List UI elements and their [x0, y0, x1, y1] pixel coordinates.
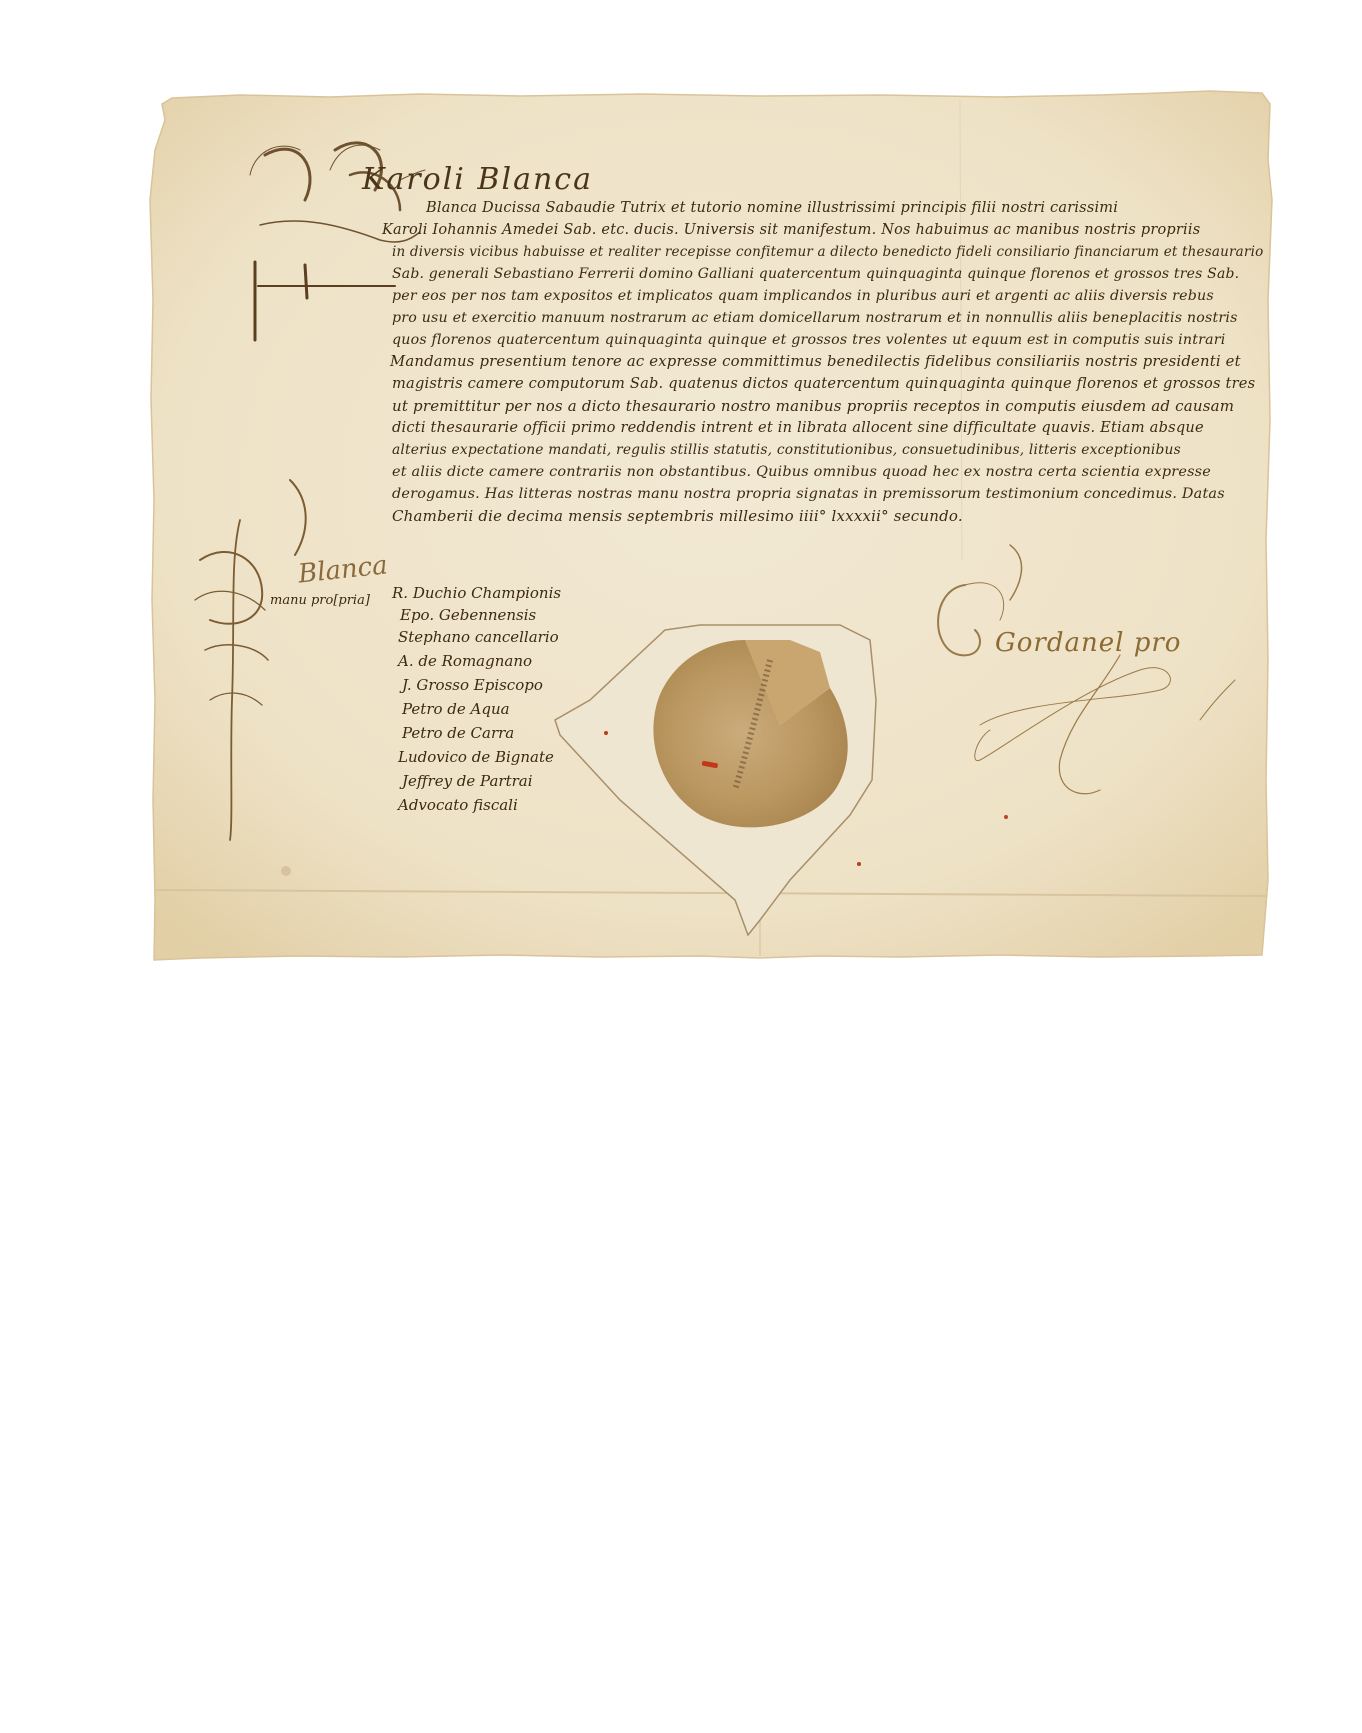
body-line-15: Chamberii die decima mensis septembris m… — [392, 506, 963, 526]
body-line-4: Sab. generali Sebastiano Ferrerii domino… — [392, 264, 1239, 284]
signature-left-subscript: manu pro[pria] — [270, 593, 370, 608]
body-line-6: pro usu et exercitio manuum nostrarum ac… — [392, 308, 1238, 328]
document-stage: Karoli Blanca Blanca Ducissa Sabaudie Tu… — [0, 0, 1362, 1733]
body-line-8: Mandamus presentium tenore ac expresse c… — [390, 352, 1241, 372]
body-line-7: quos florenos quatercentum quinquaginta … — [392, 330, 1226, 350]
witness-2: Epo. Gebennensis — [400, 606, 536, 624]
incipit-heading: Karoli Blanca — [362, 162, 593, 197]
witness-7: Petro de Carra — [402, 724, 514, 742]
body-line-12: alterius expectatione mandati, regulis s… — [392, 440, 1181, 460]
body-line-1: Blanca Ducissa Sabaudie Tutrix et tutori… — [426, 198, 1118, 218]
witness-3: Stephano cancellario — [398, 628, 559, 646]
witness-10: Advocato fiscali — [398, 796, 518, 814]
body-line-14: derogamus. Has litteras nostras manu nos… — [392, 484, 1225, 504]
signature-right-suffix: pro — [1134, 628, 1182, 658]
witness-4: A. de Romagnano — [398, 652, 532, 670]
signature-right-name: Gordanel — [995, 628, 1124, 658]
body-line-5: per eos per nos tam expositos et implica… — [392, 286, 1214, 306]
witness-5: J. Grosso Episcopo — [402, 676, 543, 694]
body-line-2: Karoli Iohannis Amedei Sab. etc. ducis. … — [382, 220, 1200, 240]
witness-9: Jeffrey de Partrai — [402, 772, 533, 790]
witness-8: Ludovico de Bignate — [398, 748, 554, 766]
body-line-11: dicti thesaurarie officii primo reddendi… — [392, 418, 1204, 438]
witness-1: R. Duchio Championis — [392, 584, 561, 602]
witness-6: Petro de Aqua — [402, 700, 510, 718]
body-line-13: et aliis dicte camere contrariis non obs… — [392, 462, 1211, 482]
body-line-3: in diversis vicibus habuisse et realiter… — [392, 242, 1263, 262]
body-line-9: magistris camere computorum Sab. quatenu… — [392, 374, 1255, 394]
signature-right: Gordanel pro — [995, 628, 1181, 658]
body-line-10: ut premittitur per nos a dicto thesaurar… — [392, 396, 1234, 416]
